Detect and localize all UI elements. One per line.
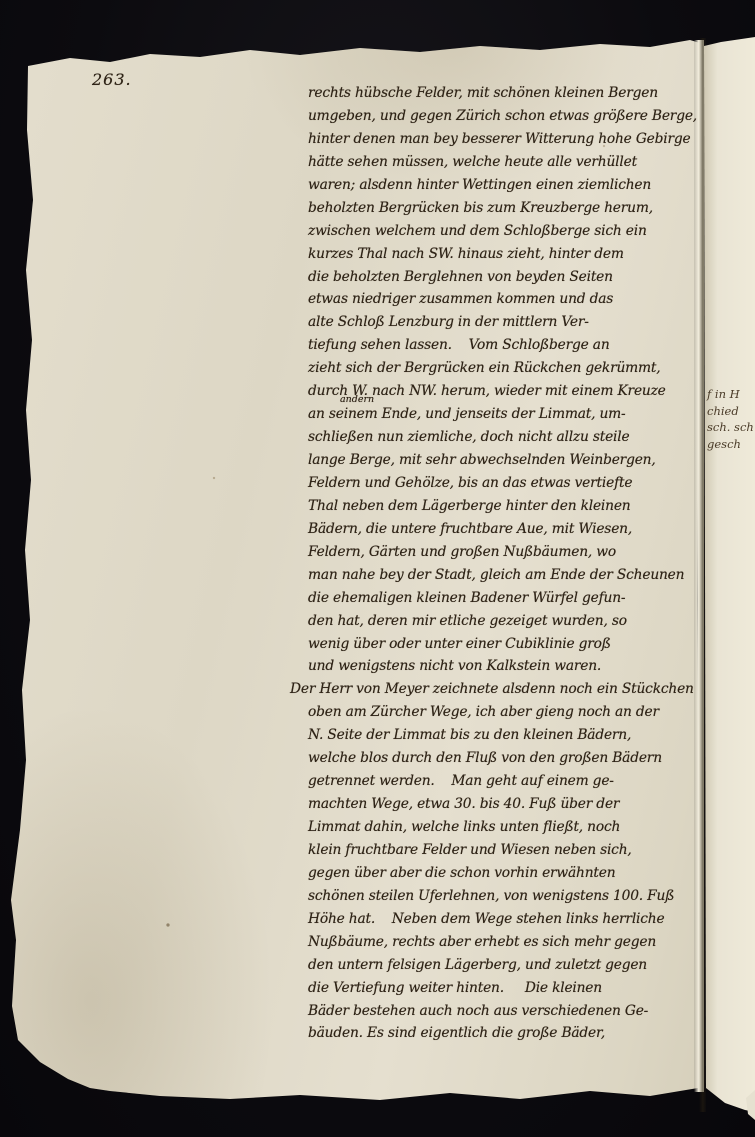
manuscript-line: Nußbäume, rechts aber erhebt es sich meh…: [308, 931, 680, 954]
manuscript-line: alte Schloß Lenzburg in der mittlern Ver…: [308, 311, 680, 334]
manuscript-line: man nahe bey der Stadt, gleich am Ende d…: [308, 564, 680, 587]
manuscript-line: zieht sich der Bergrücken ein Rückchen g…: [308, 357, 680, 380]
manuscript-line: schönen steilen Uferlehnen, von wenigste…: [308, 885, 680, 908]
manuscript-line: tiefung sehen lassen. Vom Schloßberge an: [308, 334, 680, 357]
adjacent-page-fragment: gesch: [707, 436, 755, 453]
manuscript-line: Der Herr von Meyer zeichnete alsdenn noc…: [290, 678, 680, 701]
manuscript-line: Limmat dahin, welche links unten fließt,…: [308, 816, 680, 839]
manuscript-line: Höhe hat. Neben dem Wege stehen links he…: [308, 908, 680, 931]
manuscript-line: hätte sehen müssen, welche heute alle ve…: [308, 151, 680, 174]
manuscript-line: etwas niedriger zusammen kommen und das: [308, 288, 680, 311]
manuscript-line: beholzten Bergrücken bis zum Kreuzberge …: [308, 197, 680, 220]
manuscript-line: machten Wege, etwa 30. bis 40. Fuß über …: [308, 793, 680, 816]
adjacent-page-fragment: chied: [707, 403, 755, 420]
adjacent-page-fragment: sch. sch: [707, 419, 755, 436]
manuscript-line: Thal neben dem Lägerberge hinter den kle…: [308, 495, 680, 518]
handwritten-text-block: andern rechts hübsche Felder, mit schöne…: [308, 82, 680, 1045]
manuscript-line: den hat, deren mir etliche gezeiget wurd…: [308, 610, 680, 633]
manuscript-line: lange Berge, mit sehr abwechselnden Wein…: [308, 449, 680, 472]
manuscript-line: Feldern und Gehölze, bis an das etwas ve…: [308, 472, 680, 495]
manuscript-line: Bädern, die untere fruchtbare Aue, mit W…: [308, 518, 680, 541]
manuscript-line: schließen nun ziemliche, doch nicht allz…: [308, 426, 680, 449]
adjacent-page-fragment: f in H: [707, 386, 755, 403]
manuscript-line: hinter denen man bey besserer Witterung …: [308, 128, 680, 151]
manuscript-line: bäuden. Es sind eigentlich die große Bäd…: [308, 1022, 680, 1045]
photograph-background: f in Hchiedsch. schgesch 263. andern rec…: [0, 0, 755, 1137]
manuscript-line: kurzes Thal nach SW. hinaus zieht, hinte…: [308, 243, 680, 266]
adjacent-page-text-fragments: f in Hchiedsch. schgesch: [707, 386, 755, 452]
manuscript-line: gegen über aber die schon vorhin erwähnt…: [308, 862, 680, 885]
manuscript-line: die Vertiefung weiter hinten. Die kleine…: [308, 977, 680, 1000]
manuscript-line: Feldern, Gärten und großen Nußbäumen, wo: [308, 541, 680, 564]
adjacent-page-sliver: f in Hchiedsch. schgesch: [703, 0, 755, 1137]
manuscript-line: die beholzten Berglehnen von beyden Seit…: [308, 266, 680, 289]
manuscript-line: zwischen welchem und dem Schloßberge sic…: [308, 220, 680, 243]
manuscript-line: welche blos durch den Fluß von den große…: [308, 747, 680, 770]
manuscript-line: getrennet werden. Man geht auf einem ge-: [308, 770, 680, 793]
manuscript-line: die ehemaligen kleinen Badener Würfel ge…: [308, 587, 680, 610]
manuscript-line: durch W. nach NW. herum, wieder mit eine…: [308, 380, 680, 403]
manuscript-line: Bäder bestehen auch noch aus verschieden…: [308, 1000, 680, 1023]
manuscript-line: oben am Zürcher Wege, ich aber gieng noc…: [308, 701, 680, 724]
manuscript-line: an seinem Ende, und jenseits der Limmat,…: [308, 403, 680, 426]
manuscript-line: rechts hübsche Felder, mit schönen klein…: [308, 82, 680, 105]
manuscript-line: umgeben, und gegen Zürich schon etwas gr…: [308, 105, 680, 128]
manuscript-line: wenig über oder unter einer Cubiklinie g…: [308, 633, 680, 656]
adjacent-page-paper: [703, 0, 755, 1137]
manuscript-line: und wenigstens nicht von Kalkstein waren…: [308, 655, 680, 678]
folio-number: 263.: [92, 70, 132, 89]
manuscript-line: den untern felsigen Lägerberg, und zulet…: [308, 954, 680, 977]
manuscript-line: waren; alsdenn hinter Wettingen einen zi…: [308, 174, 680, 197]
manuscript-line: klein fruchtbare Felder und Wiesen neben…: [308, 839, 680, 862]
manuscript-line: N. Seite der Limmat bis zu den kleinen B…: [308, 724, 680, 747]
